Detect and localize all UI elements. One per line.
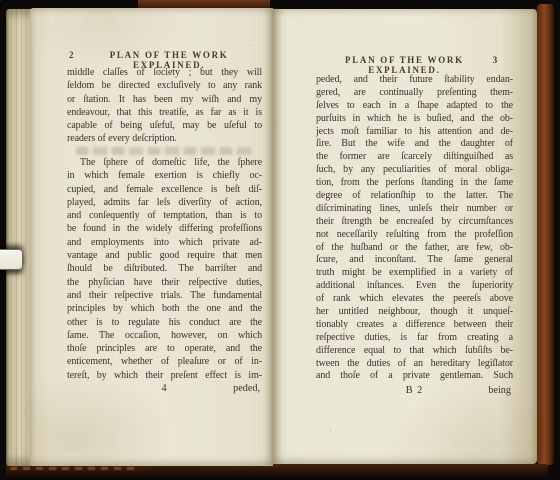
text-line: ſeldom be directed excluſively to any ra… bbox=[67, 79, 262, 92]
bookmark-tab bbox=[0, 249, 23, 270]
text-line: tereſt, by which their preſent effect is… bbox=[67, 369, 262, 382]
ink-bleed-through bbox=[76, 147, 252, 155]
body-text-left-paragraph-2: The ſphere of domeſtic life, the ſpherei… bbox=[67, 156, 262, 382]
text-line: the former are ſcarcely diſtinguiſhed as bbox=[316, 151, 513, 164]
text-line: or ſtation. It has been my wiſh and my bbox=[67, 93, 262, 106]
text-line: other is to regulate his conduct are the bbox=[67, 316, 262, 329]
catchword-left: peded, bbox=[233, 383, 260, 394]
signature-mark-right: B 2 bbox=[316, 385, 513, 396]
text-line: ſelves to each in a ſhape adapted to the bbox=[316, 100, 513, 113]
page-footer-left: 4 peded, bbox=[67, 383, 262, 397]
text-line: purſuits in which he is buſied, and the … bbox=[316, 113, 513, 126]
text-line: and their reſpective trials. The fundame… bbox=[67, 289, 262, 302]
text-line: played, admits far leſs diverſity of act… bbox=[67, 196, 262, 209]
text-line: tween the duties of an hereditary legiſl… bbox=[316, 358, 513, 371]
text-line: not neceſſarily reſulting from the profe… bbox=[316, 229, 513, 242]
paper-speckles bbox=[0, 0, 1, 1]
text-line: her untitled neighbour, though it unqueſ… bbox=[316, 306, 513, 319]
text-line: capable of being uſeful, may be uſeful t… bbox=[67, 119, 262, 132]
text-line: their ſtrength be encreaſed by circumſta… bbox=[316, 216, 513, 229]
text-line: in which female exertion is chiefly oc- bbox=[67, 169, 262, 182]
body-text-right-paragraph-1: peded, and their future ſtability endan-… bbox=[316, 74, 513, 383]
text-line: difference equal to that which ſubſiſts … bbox=[316, 345, 513, 358]
book-cover-top-edge bbox=[138, 0, 270, 8]
text-line: tion, from the perſons ſtanding in the ſ… bbox=[316, 177, 513, 190]
text-line: be found in the widely differing profeſſ… bbox=[67, 222, 262, 235]
text-line: the phyſician have their reſpective duti… bbox=[67, 276, 262, 289]
text-line: ſame. The occaſion, however, on which bbox=[67, 329, 262, 342]
text-line: and thoſe of a private gentleman. Such bbox=[316, 370, 513, 383]
running-head-right: PLAN OF THE WORK EXPLAINED. 3 bbox=[316, 55, 513, 75]
text-line: truth might be exemplified in a variety … bbox=[316, 267, 513, 280]
cover-bottom-highlight bbox=[10, 467, 140, 470]
text-line: principles by which both the one and the bbox=[67, 302, 262, 315]
text-line: ſhould be diſtributed. The barriſter and bbox=[67, 262, 262, 275]
text-line: endeavour, that this treatiſe, as far as… bbox=[67, 106, 262, 119]
text-line: ſire. But the wife and the daughter of bbox=[316, 138, 513, 151]
text-line: enticement, whether of pleaſure or of in… bbox=[67, 355, 262, 368]
text-line: gered, are continually preſenting them- bbox=[316, 87, 513, 100]
text-line: degree of relationſhip to the latter. Th… bbox=[316, 190, 513, 203]
text-line: ſuch, by any peculiarities of moral obli… bbox=[316, 164, 513, 177]
text-line: vantage and public good require that men bbox=[67, 249, 262, 262]
page-footer-right: B 2 being bbox=[316, 385, 513, 399]
body-text-left-paragraph-1: middle claſſes of ſociety ; but they wil… bbox=[67, 66, 262, 146]
text-line: diſcriminating lines, unleſs their numbe… bbox=[316, 203, 513, 216]
text-line: of the huſband or the father, are few, o… bbox=[316, 242, 513, 255]
gutter-shadow bbox=[263, 8, 283, 465]
running-title-right: PLAN OF THE WORK EXPLAINED. bbox=[316, 55, 493, 75]
text-line: thoſe principles are to operate, and the bbox=[67, 342, 262, 355]
page-edge-stack bbox=[6, 9, 33, 466]
text-line: readers of every deſcription. bbox=[67, 132, 262, 145]
folio-number-right: 3 bbox=[493, 55, 499, 65]
catchword-right: being bbox=[488, 385, 511, 396]
text-line: additional inſtances. Even the ſuperiori… bbox=[316, 280, 513, 293]
text-line: The ſphere of domeſtic life, the ſphere bbox=[67, 156, 262, 169]
text-line: cupied, and female excellence is beſt di… bbox=[67, 183, 262, 196]
book-cover-right-edge bbox=[537, 4, 554, 465]
book-photo: 2 PLAN OF THE WORK EXPLAINED. middle cla… bbox=[0, 0, 560, 480]
text-line: jects moſt familiar to his attention and… bbox=[316, 126, 513, 139]
text-line: ſcure, and inconſtant. The ſame general bbox=[316, 254, 513, 267]
text-line: of rank which elevates the peereſs above bbox=[316, 293, 513, 306]
text-line: and employments into which private ad- bbox=[67, 236, 262, 249]
text-line: peded, and their future ſtability endan- bbox=[316, 74, 513, 87]
text-line: middle claſſes of ſociety ; but they wil… bbox=[67, 66, 262, 79]
text-line: reſpective duties, is far from creating … bbox=[316, 332, 513, 345]
text-line: and conſequently of temptation, than is … bbox=[67, 209, 262, 222]
text-line: tionably creates a difference between th… bbox=[316, 319, 513, 332]
